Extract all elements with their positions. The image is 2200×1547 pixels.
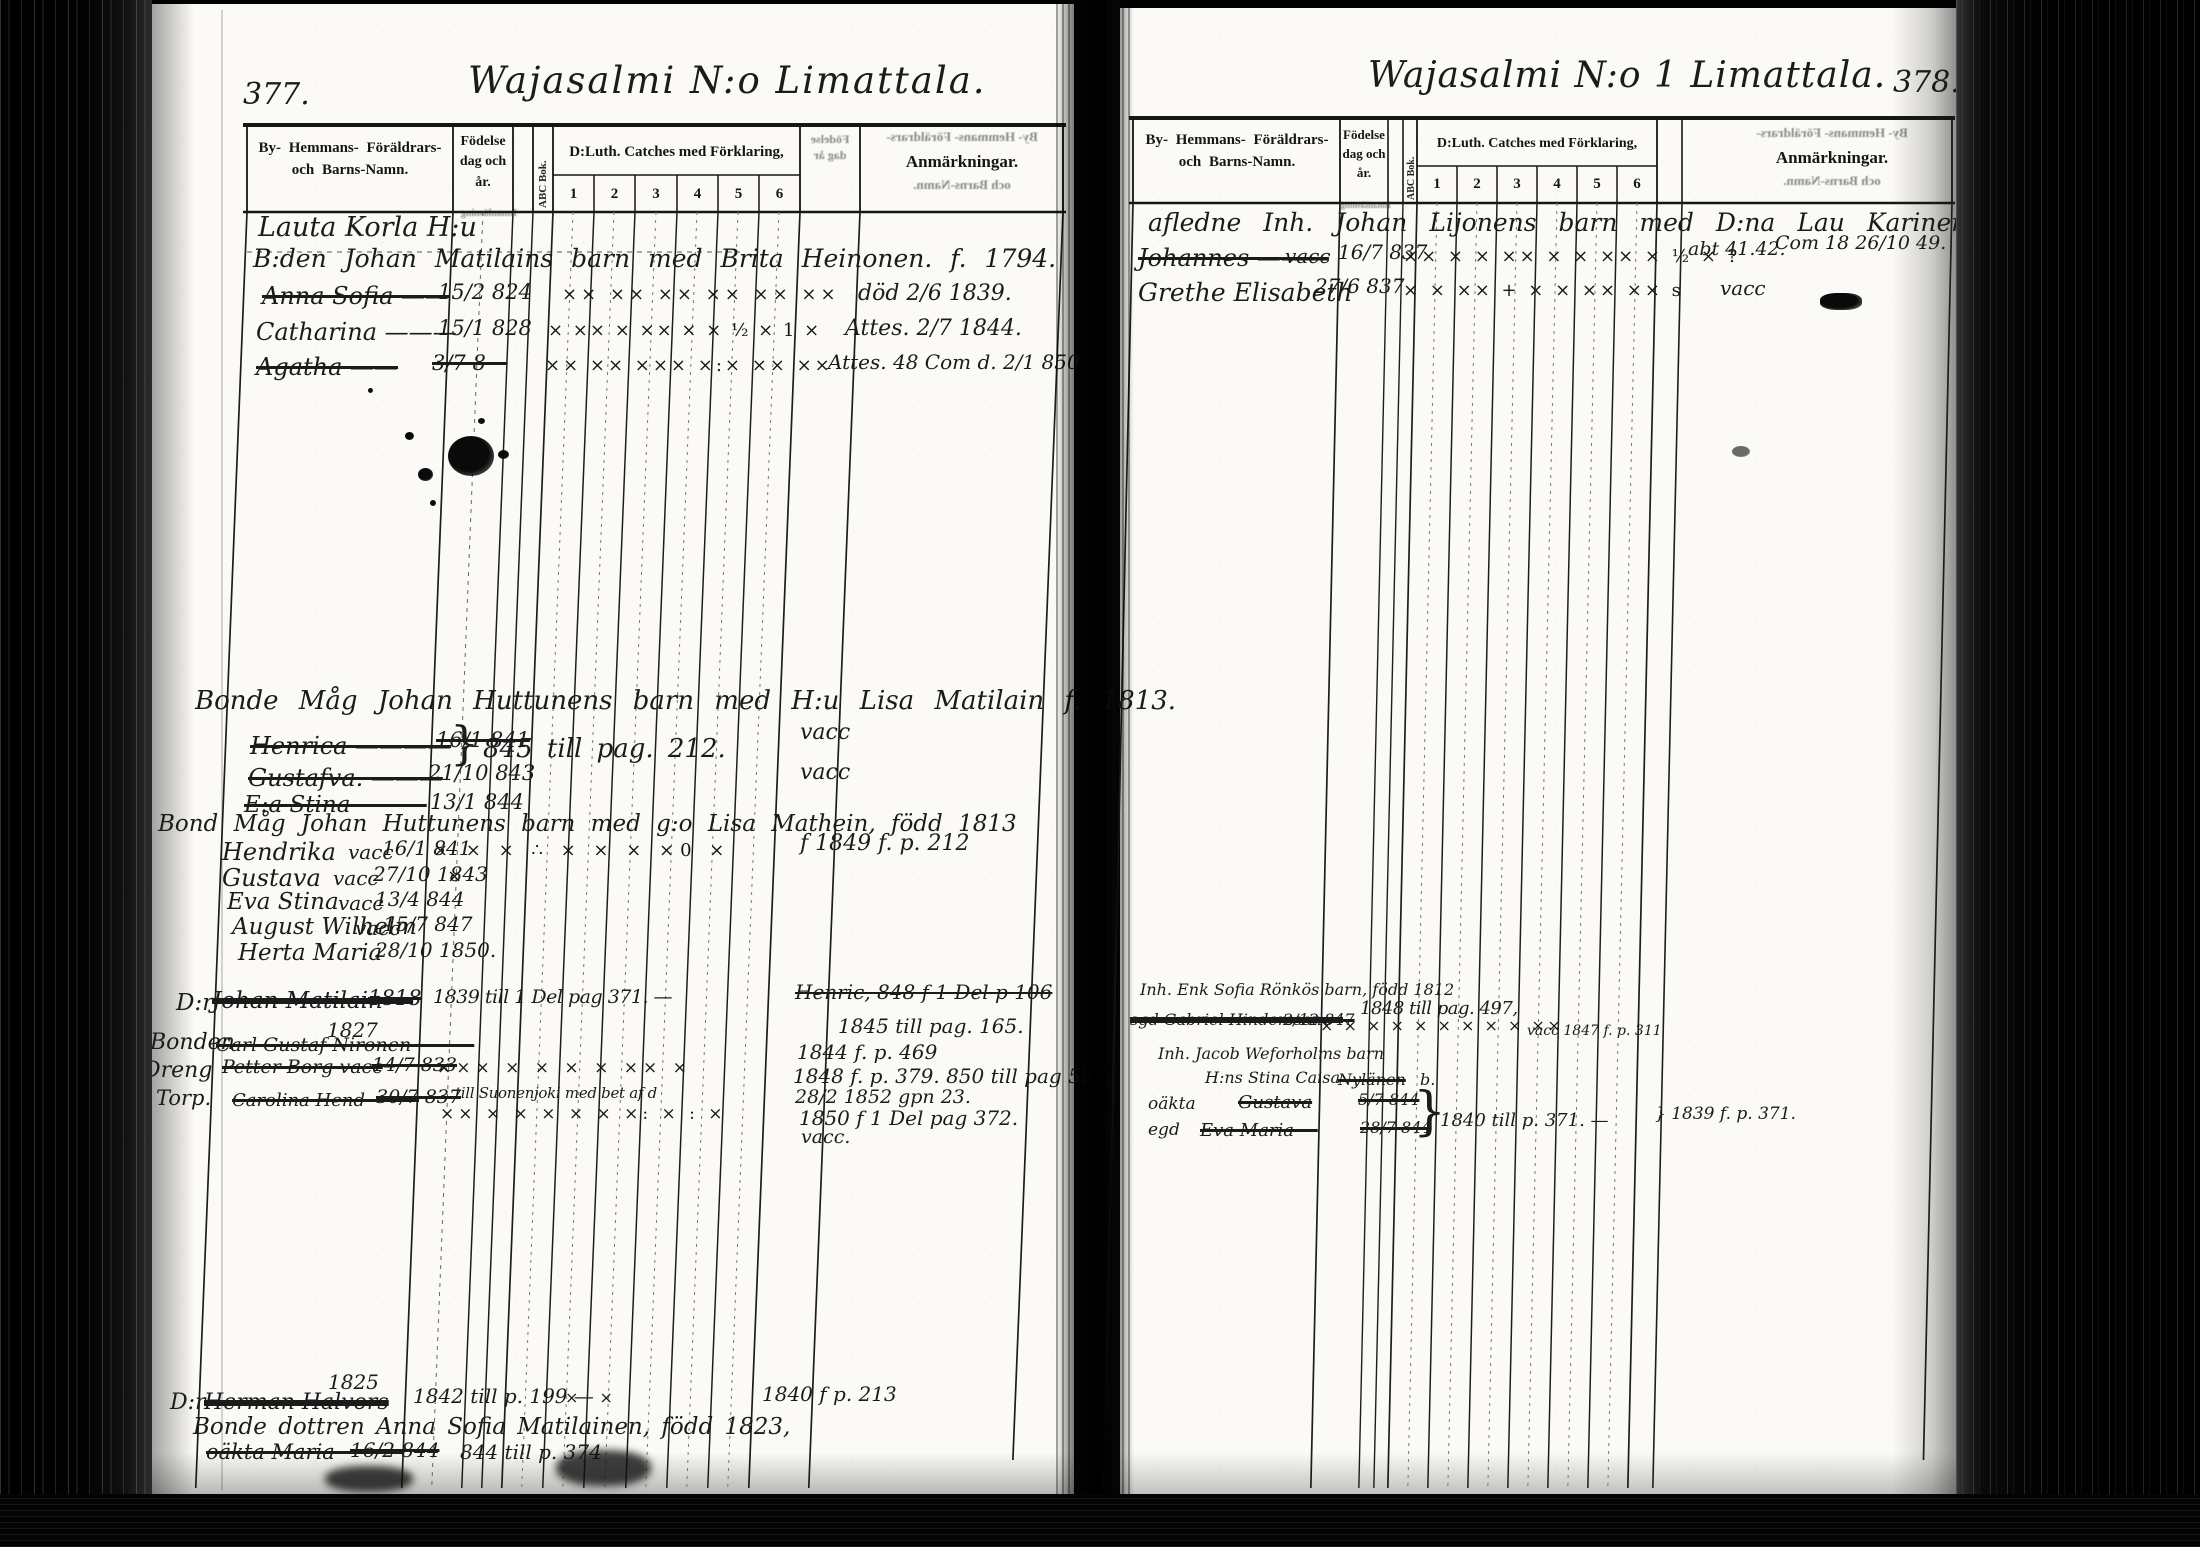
remark: Com 18 26/10 49. <box>1775 234 1946 253</box>
entry-name: Gustafva. ——— <box>248 766 443 790</box>
column-header-catechism: D:Luth. Catches med Förklaring, <box>555 142 798 164</box>
farm-name: Lauta Korla H:u <box>258 214 477 241</box>
family-header-line: Bonde Måg Johan Huttunens barn med H:u L… <box>195 688 1176 714</box>
title-prefix: D:r <box>170 1392 206 1414</box>
remark: Attes. 2/7 1844. <box>845 318 1022 340</box>
bleedthrough-text: By- Hemmans- Föräldrars- <box>862 128 1062 147</box>
column-header-names: By- Hemmans- Föräldrars- och Barns-Namn. <box>1141 130 1333 174</box>
bleedthrough-text: och Barns-Namn. <box>1714 172 1950 191</box>
remark: 1845 till pag. 165. <box>838 1016 1024 1036</box>
remark: död 2/6 1839. <box>858 283 1012 305</box>
family-header-line: B:den Johan Matilains barn med Brita Hei… <box>253 246 1056 271</box>
ink-smudge <box>325 1466 413 1492</box>
entry-name: Henrica ———— <box>250 734 451 758</box>
ink-blot <box>430 500 436 506</box>
scan-edge-bottom <box>0 1494 2200 1547</box>
book-gutter <box>1056 0 1134 1502</box>
family-header-line: Inh. Enk Sofia Rönkös barn, född 1812 <box>1140 982 1454 998</box>
page-number: 378. <box>1893 68 1960 98</box>
column-header-birth: Födelse dag och år. <box>455 132 511 193</box>
remark: vacc <box>800 722 850 744</box>
birth-date: 16/2 844 <box>350 1440 439 1460</box>
catechism-col-6: 6 <box>1617 174 1657 196</box>
bleedthrough-text: By- Hemmans- Föräldrars- <box>1714 124 1950 143</box>
remark: } 1839 f. p. 371. <box>1655 1106 1796 1123</box>
moved-note: 1840 till p. 371. — <box>1440 1112 1609 1130</box>
scanned-parish-register-spread: 377. Wajasalmi N:o Limattala. By- Hemman… <box>0 0 2200 1547</box>
remark: 1844 f. p. 469 <box>797 1042 937 1062</box>
birth-date: 13/1 844 <box>430 792 524 813</box>
family-header-line: Inh. Jacob Weforholms barn <box>1158 1046 1384 1062</box>
catechism-col-5: 5 <box>718 184 759 206</box>
remark: 1850 f 1 Del pag 372. <box>799 1108 1018 1128</box>
entry-name: Gustava <box>222 866 321 890</box>
scan-edge-left <box>0 0 152 1547</box>
ink-blot <box>1732 446 1750 457</box>
title-prefix: D:r <box>176 992 213 1015</box>
birth-date: 27/6 837 <box>1315 276 1404 296</box>
catechism-col-3: 3 <box>1497 174 1537 196</box>
column-header-remarks: Anmärkningar. <box>862 150 1062 175</box>
ink-blot <box>368 388 373 393</box>
moved-note: 1839 till 1 Del pag 371. — <box>433 988 672 1007</box>
catechism-col-1: 1 <box>1417 174 1457 196</box>
catechism-col-2: 2 <box>594 184 635 206</box>
birth-date: 13/4 844 <box>375 889 464 909</box>
title-prefix: Torp. <box>156 1088 211 1109</box>
column-header-remarks: Anmärkningar. <box>1714 146 1950 171</box>
column-header-abc: ABC Bok. <box>537 160 549 208</box>
column-header-catechism: D:Luth. Catches med Förklaring, <box>1419 134 1655 154</box>
entry-name: Herman Halvors <box>204 1392 389 1414</box>
reading-marks: ×× × × × × × ×: × : × <box>440 1106 727 1123</box>
family-header-line: Bonde dottren Anna Sofia Matilainen, föd… <box>193 1416 790 1439</box>
reading-marks: × × <box>565 1390 621 1406</box>
remark: abt 41.42. <box>1688 240 1786 259</box>
reading-marks: × <box>447 868 462 886</box>
catechism-col-2: 2 <box>1457 174 1497 196</box>
page-title: Wajasalmi N:o 1 Limattala. <box>1368 58 1886 94</box>
vacc-note: vacc <box>333 868 379 888</box>
ink-blot <box>405 432 414 440</box>
reading-marks: ××× × × × × ×× × <box>437 1060 692 1077</box>
reading-marks: × × × ∴ × × × ×0 × <box>433 842 730 860</box>
catechism-col-5: 5 <box>1577 174 1617 196</box>
ink-smudge <box>556 1450 651 1486</box>
catechism-col-4: 4 <box>677 184 718 206</box>
reading-marks: × ×× × ×× × × ½ × 1 × <box>548 322 821 340</box>
column-header-birth: Födelse dag och år. <box>1342 126 1386 183</box>
entry-name: Gustava <box>1238 1094 1312 1112</box>
ink-blot <box>1820 293 1862 310</box>
column-header-names: By- Hemmans- Föräldrars- och Barns-Namn. <box>255 138 445 182</box>
entry-name: Catharina ——— <box>256 320 457 344</box>
birth-date: 28/10 1850. <box>375 940 496 960</box>
entry-name: H:ns Stina Caisa <box>1205 1070 1340 1086</box>
birth-date: 15/1 828 <box>438 318 532 339</box>
entry-name: Hendrika <box>222 840 336 864</box>
ink-blot <box>448 436 494 476</box>
reading-marks: × × ×× + × × ×× ×× s <box>1403 282 1684 300</box>
remark: 28/2 1852 gpn 23. <box>795 1088 971 1107</box>
birth-date: 3/7 8–– <box>432 353 507 374</box>
entry-name: Eva Maria — <box>1200 1122 1318 1140</box>
column-header-abc: ABC Bok. <box>1406 157 1417 200</box>
ink-blot <box>498 450 509 459</box>
scan-edge-right <box>1956 0 2200 1547</box>
remark: vacc <box>800 762 850 784</box>
page-number: 377. <box>243 80 310 110</box>
entry-name: Petter Borg vacc <box>222 1058 383 1077</box>
year-note: 1825 <box>328 1372 379 1392</box>
moved-note: till Suonenjoki med bet af d <box>455 1086 657 1101</box>
remark: 1840 f p. 213 <box>762 1384 897 1404</box>
brace: } <box>450 720 479 766</box>
entry-name: Carl Gustaf Nironen ——— <box>216 1036 474 1055</box>
reading-marks: ×× ×× ××× ×:× ×× ×× <box>545 357 833 375</box>
reading-marks: ×× ×× ×× ×× ×× ×× <box>562 286 840 304</box>
ink-blot <box>418 468 433 481</box>
catechism-col-4: 4 <box>1537 174 1577 196</box>
title-prefix: egd <box>1148 1122 1180 1139</box>
page-title: Wajasalmi N:o Limattala. <box>468 62 987 99</box>
remark: Henric, 848 f 1 Del p 106 <box>795 982 1052 1002</box>
entry-name: Herta Maria <box>238 942 382 965</box>
ink-blot <box>478 418 485 424</box>
birth-date: 27/10 1843 <box>373 864 488 884</box>
birth-date: 5/7 844 <box>1358 1092 1419 1108</box>
birth-date: 15/7 847 <box>383 914 472 934</box>
remark: f 1849 f. p. 212 <box>800 833 970 855</box>
catechism-col-6: 6 <box>759 184 800 206</box>
bleedthrough-birth-header: Födelse dag år <box>802 132 858 163</box>
catechism-col-1: 1 <box>553 184 594 206</box>
birth-date: 15/2 824 <box>438 282 532 303</box>
remark: vacc. <box>801 1128 850 1147</box>
entry-name: Agatha —— <box>256 355 398 379</box>
bleedthrough-text: och Barns-Namn. <box>862 176 1062 195</box>
birth-date: 1818 <box>368 988 421 1009</box>
remark: vacc 1847 f. p. 311 <box>1527 1024 1662 1038</box>
entry-name: Anna Sofia —— <box>262 284 449 308</box>
remark: vacc <box>1720 278 1766 298</box>
entry-name-struck: Nylänen <box>1338 1072 1406 1088</box>
catechism-col-3: 3 <box>635 184 677 206</box>
title-prefix: Dreng <box>143 1060 212 1082</box>
remark: Attes. 48 Com d. 2/1 850 <box>828 352 1080 372</box>
vacc-note: vacc <box>1285 246 1331 266</box>
entry-name: Eva Stina <box>227 891 339 914</box>
moved-note: 845 till pag. 212. <box>483 736 726 762</box>
title-prefix: oäkta <box>1148 1096 1196 1113</box>
birth-date: 21/10 843 <box>428 763 535 784</box>
